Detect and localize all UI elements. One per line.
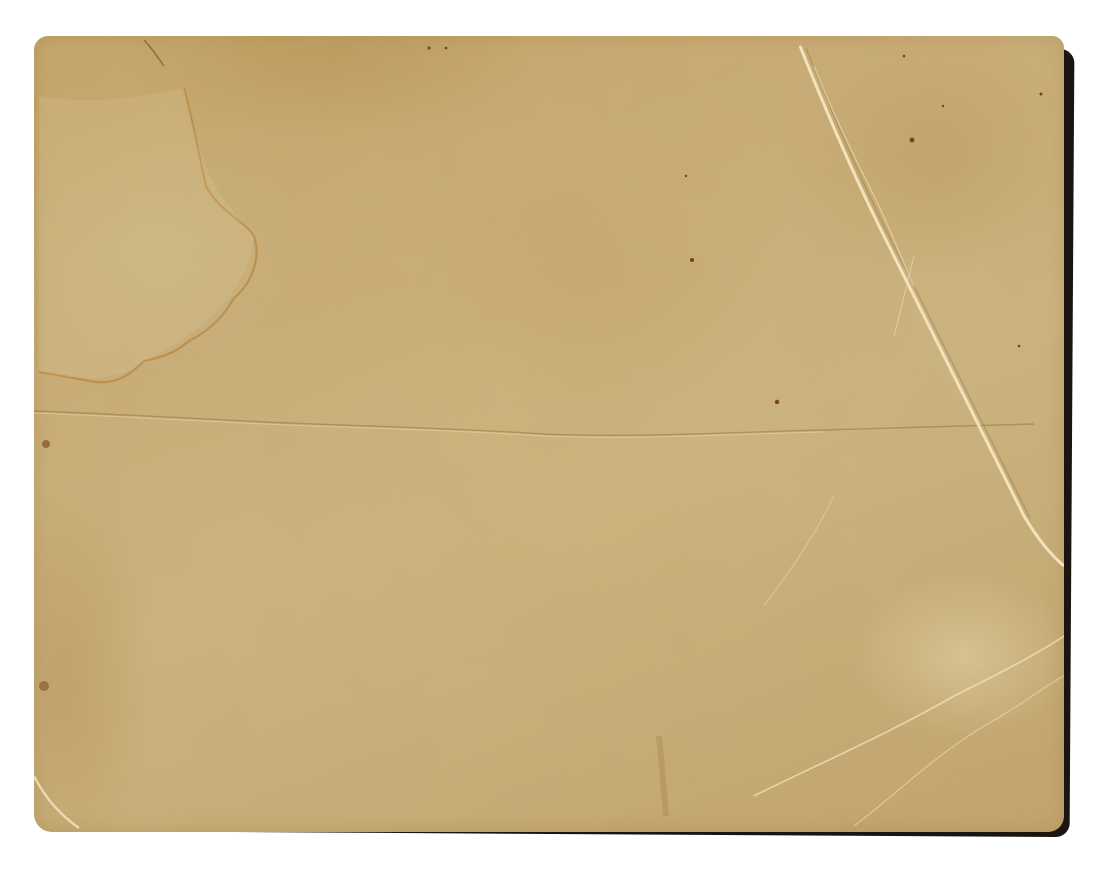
photo-scene xyxy=(0,0,1100,877)
paper-texture-overlay xyxy=(34,36,1064,832)
aged-paper-card xyxy=(34,36,1064,832)
